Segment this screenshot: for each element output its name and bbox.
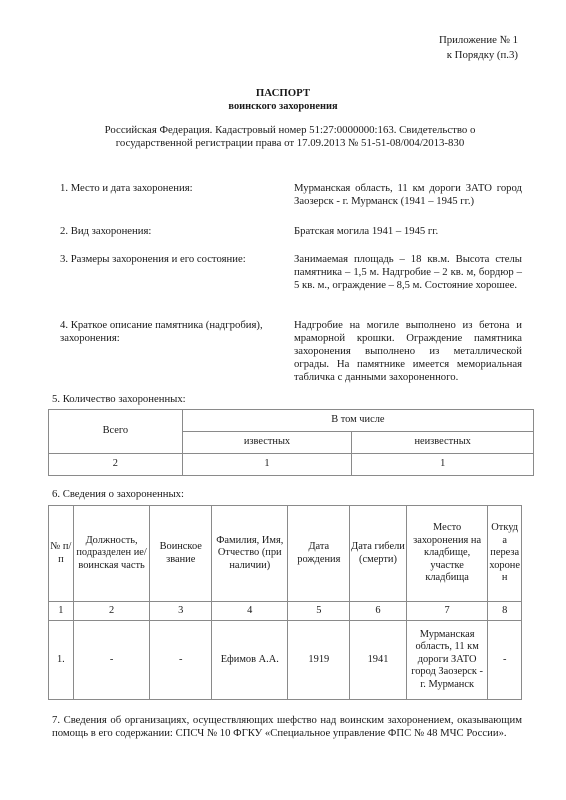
- appendix-number: Приложение № 1: [318, 33, 518, 48]
- col-header-birth: Дата рождения: [288, 506, 350, 602]
- item-1-value: Мурманская область, 11 км дороги ЗАТО го…: [294, 182, 522, 208]
- col-number: 8: [488, 602, 522, 621]
- cadastral-line-2: государственной регистрации права от 17.…: [60, 137, 520, 150]
- item-3-label: 3. Размеры захоронения и его состояние:: [60, 253, 280, 266]
- col-header-name: Фамилия, Имя, Отчество (при наличии): [212, 506, 288, 602]
- item-1-label: 1. Место и дата захоронения:: [60, 182, 280, 195]
- col-number: 5: [288, 602, 350, 621]
- item-2-label: 2. Вид захоронения:: [60, 225, 280, 238]
- cadastral-line-1: Российская Федерация. Кадастровый номер …: [60, 124, 520, 137]
- row-number: 1.: [49, 621, 74, 700]
- item-2-value: Братская могила 1941 – 1945 гг.: [294, 225, 522, 238]
- col-number: 6: [350, 602, 407, 621]
- table-row: 1. - - Ефимов А.А. 1919 1941 Мурманская …: [49, 621, 522, 700]
- count-section-heading: 5. Количество захороненных:: [52, 393, 186, 406]
- cadastral-info: Российская Федерация. Кадастровый номер …: [60, 124, 520, 150]
- burials-section-heading: 6. Сведения о захороненных:: [52, 488, 184, 501]
- patronage-info: 7. Сведения об организациях, осуществляю…: [52, 714, 522, 741]
- header-known: известных: [182, 432, 352, 454]
- row-birth: 1919: [288, 621, 350, 700]
- count-table: Всего В том числе известных неизвестных …: [48, 409, 534, 476]
- row-name: Ефимов А.А.: [212, 621, 288, 700]
- item-3-value: Занимаемая площадь – 18 кв.м. Высота сте…: [294, 253, 522, 292]
- page-subtitle: воинского захоронения: [0, 101, 566, 114]
- col-header-rank: Воинское звание: [150, 506, 212, 602]
- col-header-place: Место захоронения на кладбище, участке к…: [406, 506, 488, 602]
- col-number: 1: [49, 602, 74, 621]
- col-number: 2: [73, 602, 150, 621]
- row-death: 1941: [350, 621, 407, 700]
- page-title: ПАСПОРТ: [0, 87, 566, 100]
- col-header-death: Дата гибели (смерти): [350, 506, 407, 602]
- unknown-count: 1: [352, 454, 534, 476]
- header-including: В том числе: [182, 410, 533, 432]
- known-count: 1: [182, 454, 352, 476]
- appendix-order: к Порядку (п.3): [318, 48, 518, 63]
- row-position: -: [73, 621, 150, 700]
- item-4-value: Надгробие на могиле выполнено из бетона …: [294, 319, 522, 384]
- col-number: 4: [212, 602, 288, 621]
- appendix-reference: Приложение № 1 к Порядку (п.3): [318, 33, 518, 63]
- burials-table: № п/ п Должность, подразделен ие/ воинск…: [48, 505, 522, 700]
- header-unknown: неизвестных: [352, 432, 534, 454]
- row-rank: -: [150, 621, 212, 700]
- header-row: № п/ п Должность, подразделен ие/ воинск…: [49, 506, 522, 602]
- col-number: 7: [406, 602, 488, 621]
- total-count: 2: [49, 454, 183, 476]
- col-header-reburied-from: Откуд а переза хороне н: [488, 506, 522, 602]
- row-reburied-from: -: [488, 621, 522, 700]
- col-number: 3: [150, 602, 212, 621]
- item-4-label: 4. Краткое описание памятника (надгробия…: [60, 319, 280, 345]
- col-header-number: № п/ п: [49, 506, 74, 602]
- count-row: 2 1 1: [49, 454, 534, 476]
- header-total: Всего: [49, 410, 183, 454]
- row-place: Мурманская область, 11 км дороги ЗАТО го…: [406, 621, 488, 700]
- column-numbers-row: 1 2 3 4 5 6 7 8: [49, 602, 522, 621]
- col-header-position: Должность, подразделен ие/ воинская част…: [73, 506, 150, 602]
